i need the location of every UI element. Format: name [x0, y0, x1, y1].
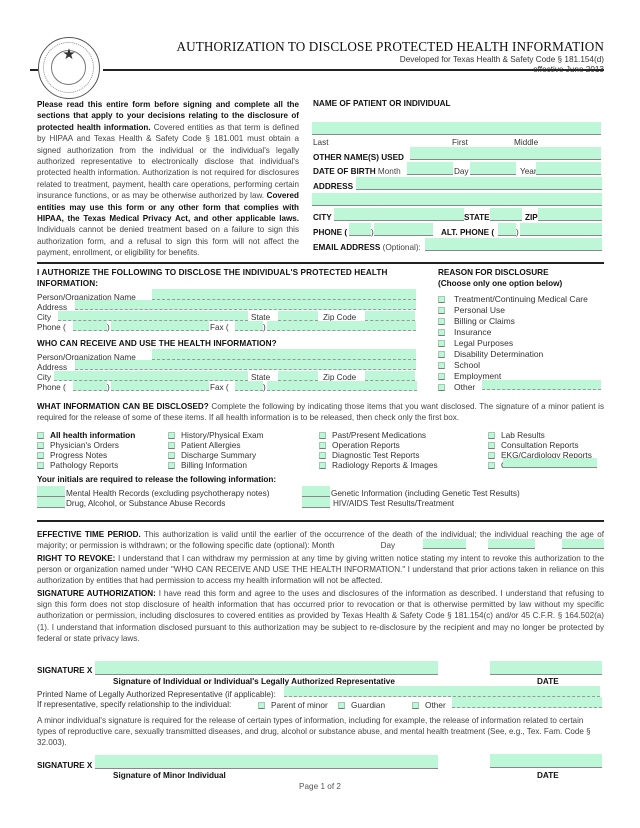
discloser-phone-paren: ) — [107, 323, 110, 333]
info-option-label: Progress Notes — [50, 450, 107, 460]
reason-option[interactable]: Billing or Claims — [438, 316, 515, 327]
subtitle-effective: effective June 2013 — [300, 65, 604, 75]
initials-hiv-field[interactable] — [302, 497, 330, 508]
checkbox[interactable] — [488, 462, 495, 469]
address-label: ADDRESS — [313, 182, 353, 192]
alt-phone-label: ALT. PHONE ( — [441, 228, 494, 238]
reason-option[interactable]: Treatment/Continuing Medical Care — [438, 294, 588, 305]
info-option[interactable]: Discharge Summary — [168, 450, 256, 460]
dob-year-label: Year — [520, 167, 537, 177]
checkbox[interactable] — [319, 452, 326, 459]
discloser-phone-label: Phone ( — [37, 323, 66, 333]
initials-substance-label: Drug, Alcohol, or Substance Abuse Record… — [66, 499, 225, 509]
recipient-phone-field[interactable] — [111, 381, 209, 391]
relationship-guardian[interactable]: Guardian — [338, 700, 385, 710]
checkbox[interactable] — [168, 432, 175, 439]
initials-mental-health-field[interactable] — [37, 486, 65, 497]
patient-heading: NAME OF PATIENT OR INDIVIDUAL — [313, 99, 451, 109]
checkbox[interactable] — [319, 462, 326, 469]
discloser-zip-field[interactable] — [365, 311, 415, 321]
discloser-name-field[interactable] — [152, 289, 416, 300]
header-rule-left — [30, 69, 38, 71]
info-option[interactable]: Operation Reports — [319, 440, 400, 450]
dob-text: DATE OF BIRTH — [313, 167, 376, 176]
discloser-fax-label: Fax ( — [210, 323, 229, 333]
info-option-label: Consultation Reports — [501, 440, 578, 450]
info-option-label: Operation Reports — [332, 440, 400, 450]
dob-month-label: Month — [378, 167, 401, 176]
checkbox[interactable] — [37, 452, 44, 459]
sig-auth-paragraph: SIGNATURE AUTHORIZATION: I have read thi… — [37, 588, 604, 644]
info-option-label: Discharge Summary — [181, 450, 256, 460]
checkbox[interactable] — [488, 432, 495, 439]
phone-number-field[interactable] — [374, 223, 433, 236]
section-divider-2 — [37, 520, 604, 522]
other-names-field[interactable] — [410, 147, 601, 160]
recipient-phone-paren: ) — [107, 383, 110, 393]
discloser-address-field[interactable] — [75, 300, 416, 310]
checkbox[interactable] — [319, 442, 326, 449]
reason-option-label: Personal Use — [454, 305, 505, 315]
star-icon: ★ — [39, 46, 99, 65]
signature1-date-field[interactable] — [490, 661, 602, 675]
discloser-city-field[interactable] — [58, 311, 248, 321]
last-label: Last — [313, 138, 328, 148]
reason-option[interactable]: Other — [438, 382, 475, 393]
reason-option[interactable]: Personal Use — [438, 305, 505, 316]
relationship-guardian-label: Guardian — [351, 700, 385, 710]
checkbox[interactable] — [438, 296, 445, 303]
checkbox[interactable] — [37, 462, 44, 469]
checkbox[interactable] — [438, 340, 445, 347]
dob-year-field[interactable] — [536, 162, 601, 175]
recipient-city-label: City — [37, 373, 51, 383]
email-text: EMAIL ADDRESS — [313, 243, 380, 252]
minor-note: A minor individual's signature is requir… — [37, 715, 604, 748]
form-title: AUTHORIZATION TO DISCLOSE PROTECTED HEAL… — [150, 39, 604, 56]
reason-option-label: Legal Purposes — [454, 338, 513, 348]
info-option-label: Physician's Orders — [50, 440, 119, 450]
info-option-label: Diagnostic Test Reports — [332, 450, 419, 460]
dob-label: DATE OF BIRTH Month — [313, 167, 401, 177]
reason-option-label: School — [454, 360, 480, 370]
discloser-city-label: City — [37, 313, 51, 323]
recipient-fax-paren: ) — [263, 383, 266, 393]
relationship-label: If representative, specify relationship … — [37, 700, 231, 710]
recipient-zip-field[interactable] — [365, 371, 415, 381]
zip-field[interactable] — [538, 208, 602, 221]
reason-option[interactable]: Legal Purposes — [438, 338, 513, 349]
info-option[interactable]: Diagnostic Test Reports — [319, 450, 419, 460]
reason-option-label: Billing or Claims — [454, 316, 515, 326]
info-option[interactable]: All health information — [37, 430, 135, 440]
info-option-label: All health information — [50, 430, 135, 440]
info-option-label: History/Physical Exam — [181, 430, 264, 440]
subtitle-code: Developed for Texas Health & Safety Code… — [300, 55, 604, 65]
checkbox[interactable] — [168, 442, 175, 449]
city-label: CITY — [313, 213, 332, 223]
revoke-paragraph: RIGHT TO REVOKE: I understand that I can… — [37, 553, 604, 587]
info-other-field[interactable] — [503, 458, 597, 468]
reason-option[interactable]: Insurance — [438, 327, 491, 338]
checkbox[interactable] — [438, 362, 445, 369]
info-option-label: Billing Information — [181, 460, 247, 470]
email-optional: (Optional): — [380, 243, 421, 252]
initials-substance-field[interactable] — [37, 497, 65, 508]
reason-option-label: Insurance — [454, 327, 491, 337]
recipient-address-field[interactable] — [75, 360, 416, 370]
effective-month-label: Month — [312, 541, 335, 550]
initials-genetic-field[interactable] — [302, 486, 330, 497]
checkbox[interactable] — [438, 373, 445, 380]
city-field[interactable] — [334, 208, 464, 221]
info-option[interactable]: Physician's Orders — [37, 440, 119, 450]
dob-day-field[interactable] — [470, 162, 516, 175]
revoke-heading: RIGHT TO REVOKE: — [37, 554, 115, 563]
zip-label: ZIP — [525, 213, 538, 223]
dob-day-label: Day — [454, 167, 469, 177]
discloser-state-field[interactable] — [278, 311, 318, 321]
intro-text-1: Covered entities as that term is defined… — [37, 123, 299, 200]
reason-other-field[interactable] — [482, 380, 601, 390]
relationship-parent-label: Parent of minor — [271, 700, 328, 710]
printed-name-label: Printed Name of Legally Authorized Repre… — [37, 690, 276, 700]
info-option[interactable]: Radiology Reports & Images — [319, 460, 438, 470]
reason-option[interactable]: School — [438, 360, 480, 371]
discloser-heading: I AUTHORIZE THE FOLLOWING TO DISCLOSE TH… — [37, 268, 427, 289]
initials-heading: Your initials are required to release th… — [37, 475, 276, 485]
other-names-label: OTHER NAME(S) USED — [313, 153, 404, 163]
info-option-label: Radiology Reports & Images — [332, 460, 438, 470]
form-subtitle: Developed for Texas Health & Safety Code… — [300, 55, 604, 75]
info-option[interactable]: Lab Results — [488, 430, 545, 440]
recipient-phone-area-field[interactable] — [73, 381, 107, 391]
discloser-fax-area-field[interactable] — [235, 321, 263, 331]
what-info-heading: WHAT INFORMATION CAN BE DISCLOSED? — [37, 402, 209, 411]
checkbox[interactable] — [438, 329, 445, 336]
signature1-label: SIGNATURE X — [37, 666, 92, 676]
reason-subheading: (Choose only one option below) — [438, 279, 562, 289]
effective-month-field[interactable] — [423, 539, 466, 549]
info-option-label: Pathology Reports — [50, 460, 118, 470]
info-option-label: Past/Present Medications — [332, 430, 426, 440]
effective-year-field[interactable] — [562, 539, 604, 549]
recipient-name-field[interactable] — [152, 349, 416, 360]
email-label: EMAIL ADDRESS (Optional): — [313, 243, 421, 253]
sig-auth-heading: SIGNATURE AUTHORIZATION: — [37, 589, 156, 598]
attorney-general-seal: ★ — [38, 37, 100, 99]
checkbox[interactable] — [168, 462, 175, 469]
reason-option-label: Treatment/Continuing Medical Care — [454, 294, 588, 304]
discloser-phone-field[interactable] — [111, 321, 209, 331]
info-option-label: Patient Allergies — [181, 440, 241, 450]
checkbox[interactable] — [488, 442, 495, 449]
recipient-fax-field[interactable] — [267, 381, 417, 391]
info-option[interactable]: History/Physical Exam — [168, 430, 264, 440]
initials-genetic-label: Genetic Information (including Genetic T… — [331, 489, 520, 499]
recipient-fax-area-field[interactable] — [235, 381, 263, 391]
checkbox[interactable] — [37, 432, 44, 439]
section-divider-1 — [37, 262, 604, 264]
patient-name-field[interactable] — [312, 122, 601, 135]
recipient-state-field[interactable] — [278, 371, 318, 381]
recipient-fax-label: Fax ( — [210, 383, 229, 393]
recipient-heading: WHO CAN RECEIVE AND USE THE HEALTH INFOR… — [37, 339, 277, 349]
page-number: Page 1 of 2 — [0, 782, 640, 792]
alt-phone-area-field[interactable] — [498, 223, 516, 236]
phone-area-field[interactable] — [349, 223, 371, 236]
effective-day-field[interactable] — [488, 539, 535, 549]
signature2-caption: Signature of Minor Individual — [113, 771, 226, 781]
dob-month-field[interactable] — [407, 162, 453, 175]
info-option[interactable]: Pathology Reports — [37, 460, 118, 470]
phone-label: PHONE ( — [313, 228, 347, 238]
reason-option-label: Disability Determination — [454, 349, 543, 359]
alt-phone-paren: ) — [516, 228, 519, 238]
state-field[interactable] — [490, 208, 522, 221]
relationship-other-label: Other — [425, 700, 446, 710]
signature2-label: SIGNATURE X — [37, 761, 92, 771]
initials-hiv-label: HIV/AIDS Test Results/Treatment — [333, 499, 454, 509]
info-option[interactable]: Progress Notes — [37, 450, 107, 460]
address-field-1[interactable] — [356, 177, 602, 190]
relationship-other-field[interactable] — [452, 697, 602, 708]
checkbox[interactable] — [258, 702, 265, 709]
recipient-city-field[interactable] — [54, 371, 248, 381]
info-option[interactable]: Consultation Reports — [488, 440, 578, 450]
reason-option[interactable]: Disability Determination — [438, 349, 543, 360]
signature1-field[interactable] — [95, 661, 438, 675]
alt-phone-number-field[interactable] — [520, 223, 602, 236]
email-field[interactable] — [425, 238, 602, 251]
reason-option-label: Other — [454, 382, 475, 392]
checkbox[interactable] — [37, 442, 44, 449]
checkbox[interactable] — [338, 702, 345, 709]
checkbox[interactable] — [412, 702, 419, 709]
info-option-label: Lab Results — [501, 430, 545, 440]
state-label: STATE — [464, 213, 490, 223]
intro-text-2: Individuals cannot be denied treatment b… — [37, 225, 299, 257]
relationship-other[interactable]: Other — [412, 700, 446, 710]
checkbox[interactable] — [438, 307, 445, 314]
what-info-paragraph: WHAT INFORMATION CAN BE DISCLOSED? Compl… — [37, 401, 604, 423]
checkbox[interactable] — [319, 432, 326, 439]
signature2-field[interactable] — [95, 755, 438, 769]
info-option[interactable]: Past/Present Medications — [319, 430, 426, 440]
checkbox[interactable] — [438, 384, 445, 391]
recipient-phone-label: Phone ( — [37, 383, 66, 393]
relationship-parent[interactable]: Parent of minor — [258, 700, 328, 710]
intro-paragraph: Please read this entire form before sign… — [37, 99, 299, 259]
initials-mental-health-label: Mental Health Records (excluding psychot… — [66, 489, 269, 499]
signature2-date-field[interactable] — [490, 754, 602, 768]
revoke-text: I understand that I can withdraw my perm… — [37, 554, 604, 585]
checkbox[interactable] — [438, 351, 445, 358]
checkbox[interactable] — [168, 452, 175, 459]
reason-heading: REASON FOR DISCLOSURE — [438, 268, 549, 278]
effective-heading: EFFECTIVE TIME PERIOD. — [37, 530, 141, 539]
signature2-date-label: DATE — [537, 771, 559, 781]
checkbox[interactable] — [488, 452, 495, 459]
address-field-2[interactable] — [312, 193, 602, 206]
checkbox[interactable] — [438, 318, 445, 325]
printed-name-field[interactable] — [284, 686, 600, 697]
discloser-fax-paren: ) — [263, 323, 266, 333]
discloser-fax-field[interactable] — [267, 321, 416, 331]
info-option[interactable]: Billing Information — [168, 460, 247, 470]
info-option[interactable]: Patient Allergies — [168, 440, 241, 450]
effective-day-label: Day — [381, 541, 395, 550]
discloser-phone-area-field[interactable] — [73, 321, 107, 331]
